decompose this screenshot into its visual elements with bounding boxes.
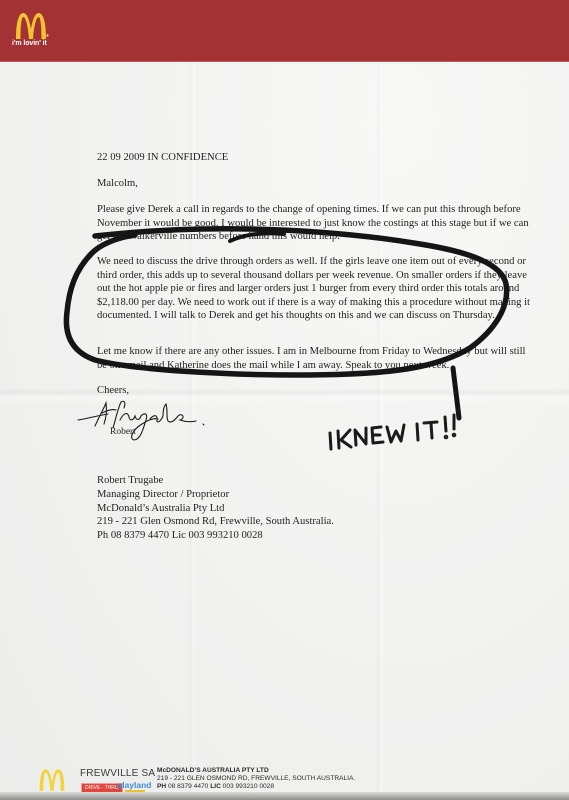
sender-name: Robert Trugabe — [97, 474, 334, 488]
golden-arches-icon — [38, 767, 66, 793]
footer-address: 219 - 221 GLEN OSMOND RD, FREWVILLE, SOU… — [157, 775, 355, 783]
footer-company-info: McDONALD’S AUSTRALIA PTY LTD 219 - 221 G… — [157, 767, 355, 791]
trademark-mark: ® — [46, 33, 49, 38]
date-line: 22 09 2009 IN CONFIDENCE — [97, 151, 228, 165]
tagline-text: i'm lovin' it — [12, 40, 47, 47]
sender-title: Managing Director / Proprietor — [97, 488, 334, 502]
paragraph-drive-through: We need to discuss the drive through ord… — [97, 255, 537, 323]
footer-phone: 08 8379 4470 — [168, 783, 208, 790]
golden-arches-icon — [14, 12, 48, 40]
signature-name: Robert — [110, 426, 136, 440]
letterhead-banner: i'm lovin' it ® — [0, 0, 569, 62]
sender-company: McDonald’s Australia Pty Ltd — [97, 502, 334, 516]
store-name: FREWVILLE SA — [80, 768, 155, 779]
paragraph-other-issues: Let me know if there are any other issue… — [97, 345, 537, 372]
sender-block: Robert Trugabe Managing Director / Propr… — [97, 474, 334, 543]
footer-contact: PH 08 8379 4470 LIC 003 993210 0028 — [157, 783, 355, 791]
lic-label: LIC — [210, 783, 221, 790]
paper-bottom-edge — [0, 792, 569, 800]
sender-address: 219 - 221 Glen Osmond Rd, Frewville, Sou… — [97, 515, 334, 529]
salutation: Malcolm, — [97, 177, 138, 191]
footer-lic: 003 993210 0028 — [223, 783, 274, 790]
playland-badge: playland — [117, 780, 151, 790]
paragraph-opening-times: Please give Derek a call in regards to t… — [97, 203, 537, 244]
footer-company-name: McDONALD’S AUSTRALIA PTY LTD — [157, 767, 355, 775]
brand-tagline: i'm lovin' it ® — [12, 40, 47, 47]
sender-phone: Ph 08 8379 4470 Lic 003 993210 0028 — [97, 529, 334, 543]
closing: Cheers, — [97, 384, 129, 398]
letter-paper — [0, 0, 569, 798]
ph-label: PH — [157, 783, 166, 790]
letter-footer: FREWVILLE SA DRIVE - THRU playland McDON… — [0, 745, 569, 790]
